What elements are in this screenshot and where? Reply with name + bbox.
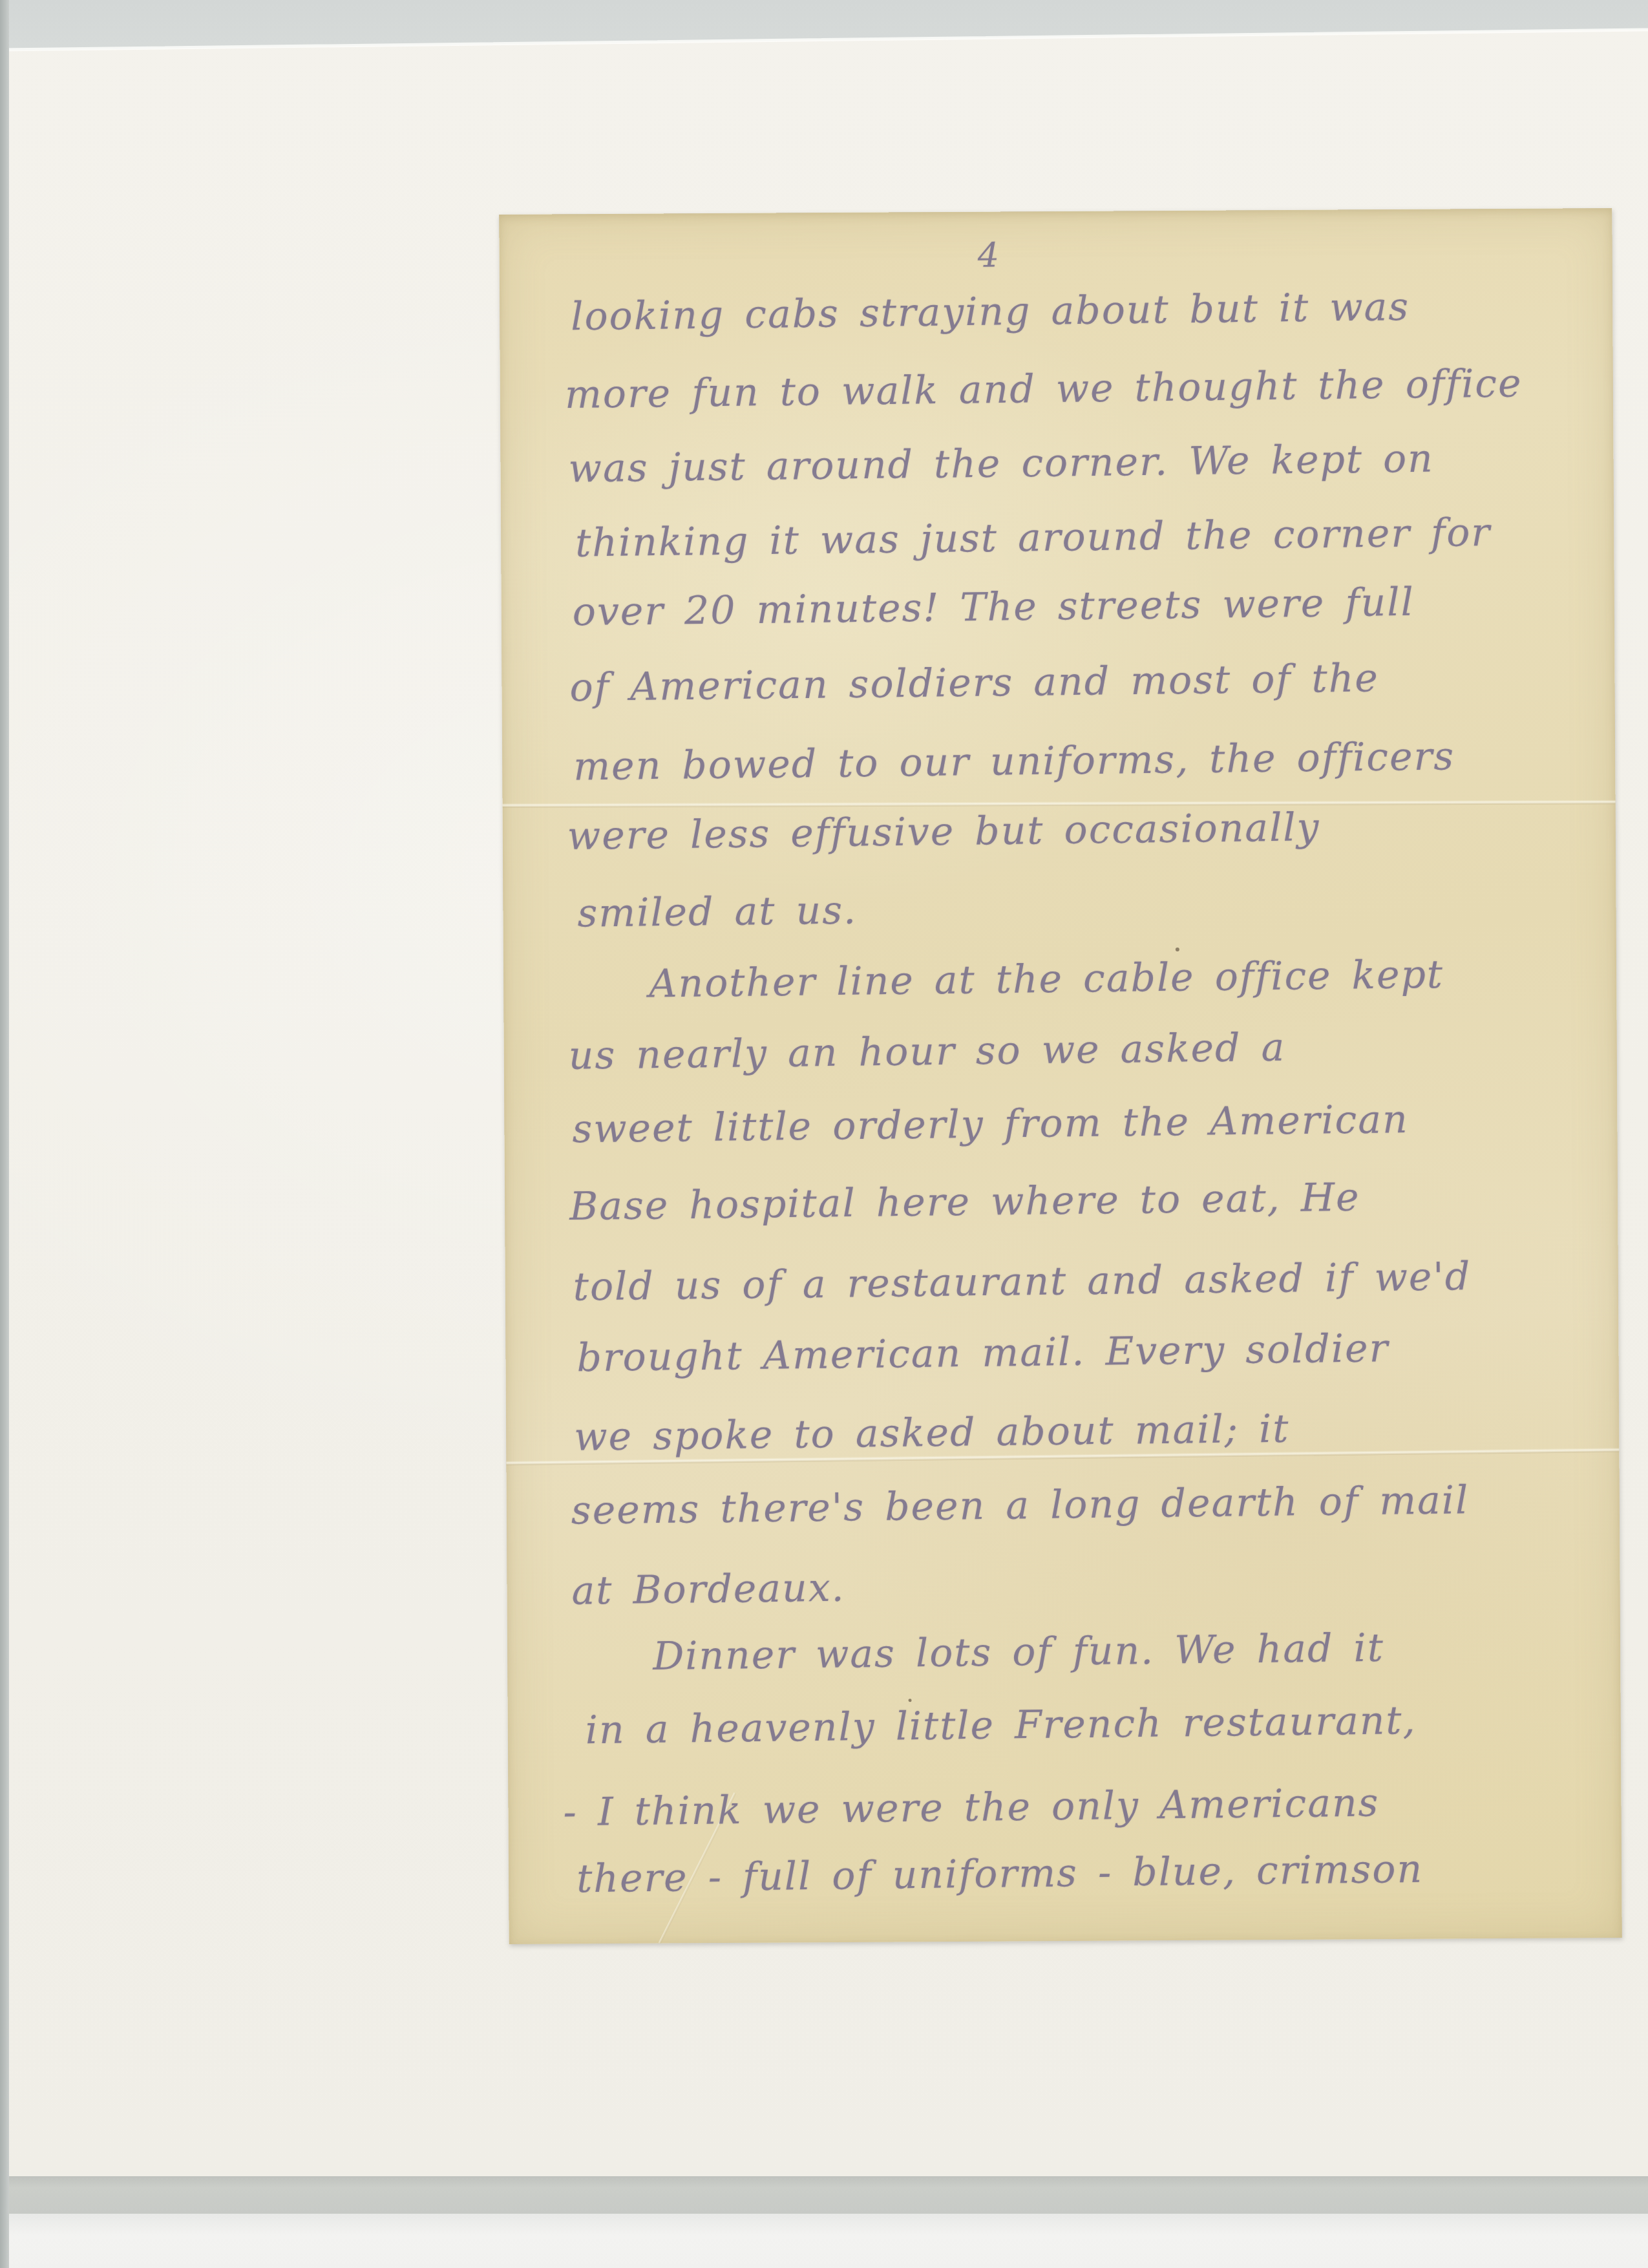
scanner-bed-lower	[0, 2214, 1648, 2268]
letter-line: thinking it was just around the corner f…	[575, 510, 1492, 566]
letter-line: Dinner was lots of fun. We had it	[653, 1626, 1384, 1679]
letter-line: over 20 minutes! The streets were full	[572, 580, 1415, 635]
letter-page: 4 looking cabs straying about but it was…	[499, 208, 1622, 1944]
letter-line: Base hospital here where to eat, He	[569, 1175, 1360, 1230]
letter-line: us nearly an hour so we asked a	[568, 1025, 1285, 1079]
letter-line: seems there's been a long dearth of mail	[571, 1478, 1469, 1533]
letter-line: Another line at the cable office kept	[649, 952, 1444, 1007]
paper-speck	[909, 1699, 912, 1702]
letter-line: men bowed to our uniforms, the officers	[573, 734, 1455, 789]
fold-crease-horizontal-1	[503, 800, 1616, 807]
paper-speck	[1176, 948, 1179, 951]
letter-line: we spoke to asked about mail; it	[574, 1406, 1290, 1460]
letter-line: at Bordeaux.	[571, 1565, 845, 1614]
scan-canvas: 4 looking cabs straying about but it was…	[0, 0, 1648, 2268]
letter-line: sweet little orderly from the American	[572, 1097, 1409, 1152]
letter-line: looking cabs straying about but it was	[571, 284, 1410, 339]
letter-line: was just around the corner. We kept on	[568, 436, 1434, 492]
letter-line: in a heavenly little French restaurant,	[585, 1698, 1417, 1753]
letter-line: smiled at us.	[577, 887, 857, 936]
scanner-left-strip	[0, 0, 9, 2268]
letter-line: were less effusive but occasionally	[567, 805, 1320, 859]
letter-line: told us of a restaurant and asked if we'…	[573, 1254, 1471, 1309]
letter-line: brought American mail. Every soldier	[576, 1326, 1389, 1381]
scanner-shadow-band	[0, 2176, 1648, 2214]
letter-line: - I think we were the only Americans	[563, 1780, 1380, 1835]
letter-line: more fun to walk and we thought the offi…	[565, 361, 1523, 418]
letter-line: of American soldiers and most of the	[569, 655, 1379, 710]
page-number: 4	[977, 236, 999, 275]
letter-line: there - full of uniforms - blue, crimson	[576, 1847, 1424, 1902]
